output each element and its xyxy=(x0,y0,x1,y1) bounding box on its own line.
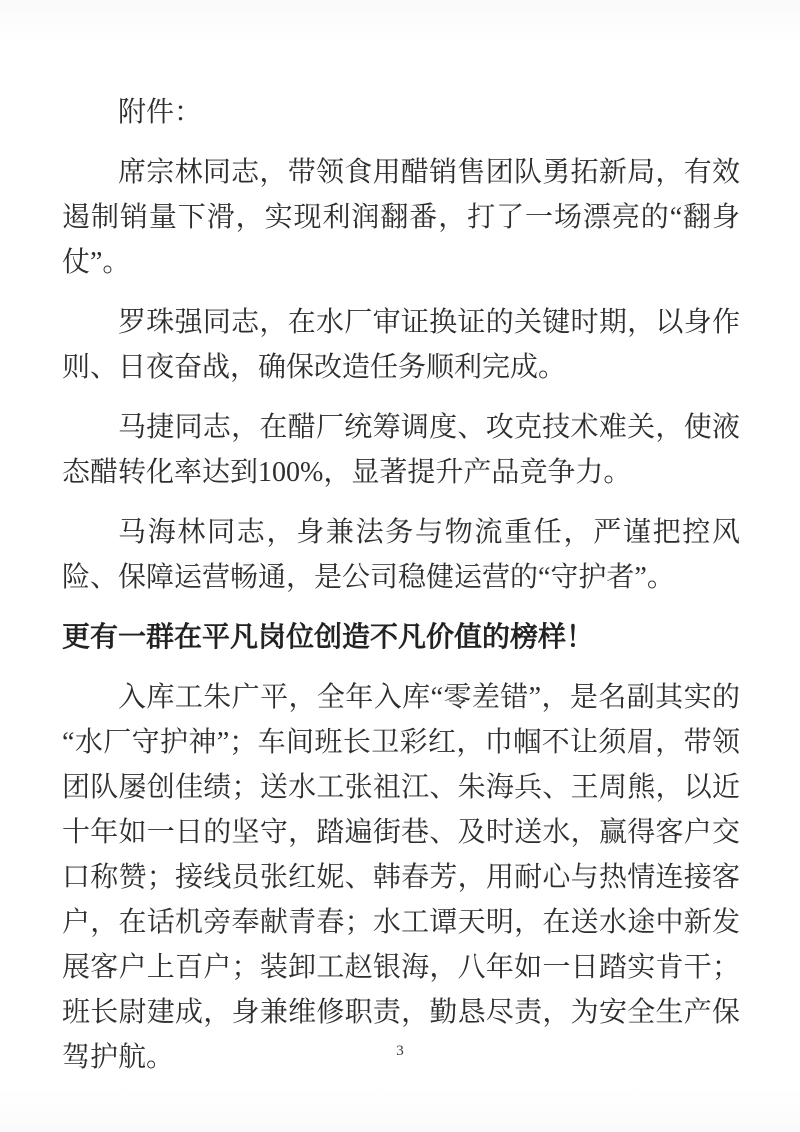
document-page: 附件： 席宗林同志，带领食用醋销售团队勇拓新局，有效遏制销量下滑，实现利润翻番，… xyxy=(0,0,800,1132)
paragraph-ma-hailin: 马海林同志，身兼法务与物流重任，严谨把控风险、保障运营畅通，是公司稳健运营的“守… xyxy=(62,510,740,600)
paragraph-luo-zhuqiang: 罗珠强同志，在水厂审证换证的关键时期，以身作则、日夜奋战，确保改造任务顺利完成。 xyxy=(62,300,740,390)
paragraph-role-models: 入库工朱广平，全年入库“零差错”，是名副其实的“水厂守护神”；车间班长卫彩红，巾… xyxy=(62,675,740,1080)
paragraph-ma-jie: 马捷同志，在醋厂统筹调度、攻克技术难关，使液态醋转化率达到100%，显著提升产品… xyxy=(62,405,740,495)
paragraph-xi-zonglin: 席宗林同志，带领食用醋销售团队勇拓新局，有效遏制销量下滑，实现利润翻番，打了一场… xyxy=(62,150,740,285)
attachment-label: 附件： xyxy=(62,90,740,135)
section-heading: 更有一群在平凡岗位创造不凡价值的榜样！ xyxy=(62,615,740,660)
document-body: 附件： 席宗林同志，带领食用醋销售团队勇拓新局，有效遏制销量下滑，实现利润翻番，… xyxy=(62,90,740,1080)
page-number: 3 xyxy=(0,1040,800,1062)
